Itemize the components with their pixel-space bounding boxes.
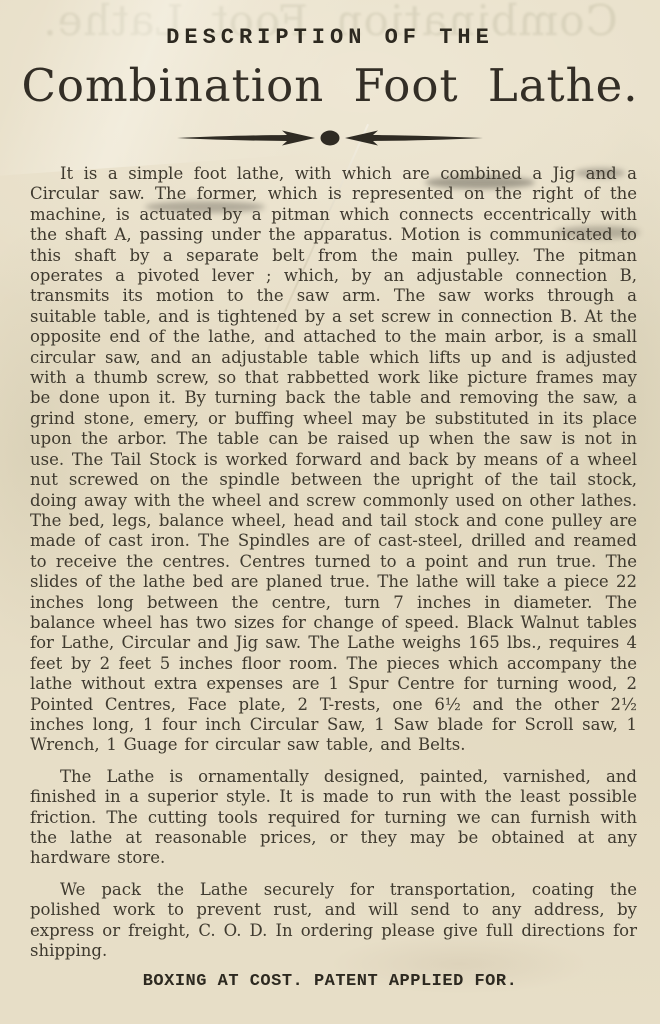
divider-right-spear	[345, 131, 483, 146]
divider-left-spear	[177, 131, 315, 146]
document-page: Combination Foot Lathe. DESCRIPTION OF T…	[0, 0, 660, 1024]
printed-content: DESCRIPTION OF THE Combination Foot Lath…	[0, 25, 660, 991]
document-kicker: DESCRIPTION OF THE	[0, 25, 660, 50]
body-paragraph-1: It is a simple foot lathe, with which ar…	[30, 164, 637, 756]
divider-center-dot	[321, 131, 340, 146]
footer-notice: BOXING AT COST. PATENT APPLIED FOR.	[0, 972, 660, 991]
body-paragraph-3: We pack the Lathe securely for transport…	[30, 880, 637, 962]
ornamental-divider	[175, 127, 485, 149]
document-title: Combination Foot Lathe.	[0, 59, 660, 112]
body-text: It is a simple foot lathe, with which ar…	[0, 149, 660, 961]
body-paragraph-2: The Lathe is ornamentally designed, pain…	[30, 767, 637, 869]
